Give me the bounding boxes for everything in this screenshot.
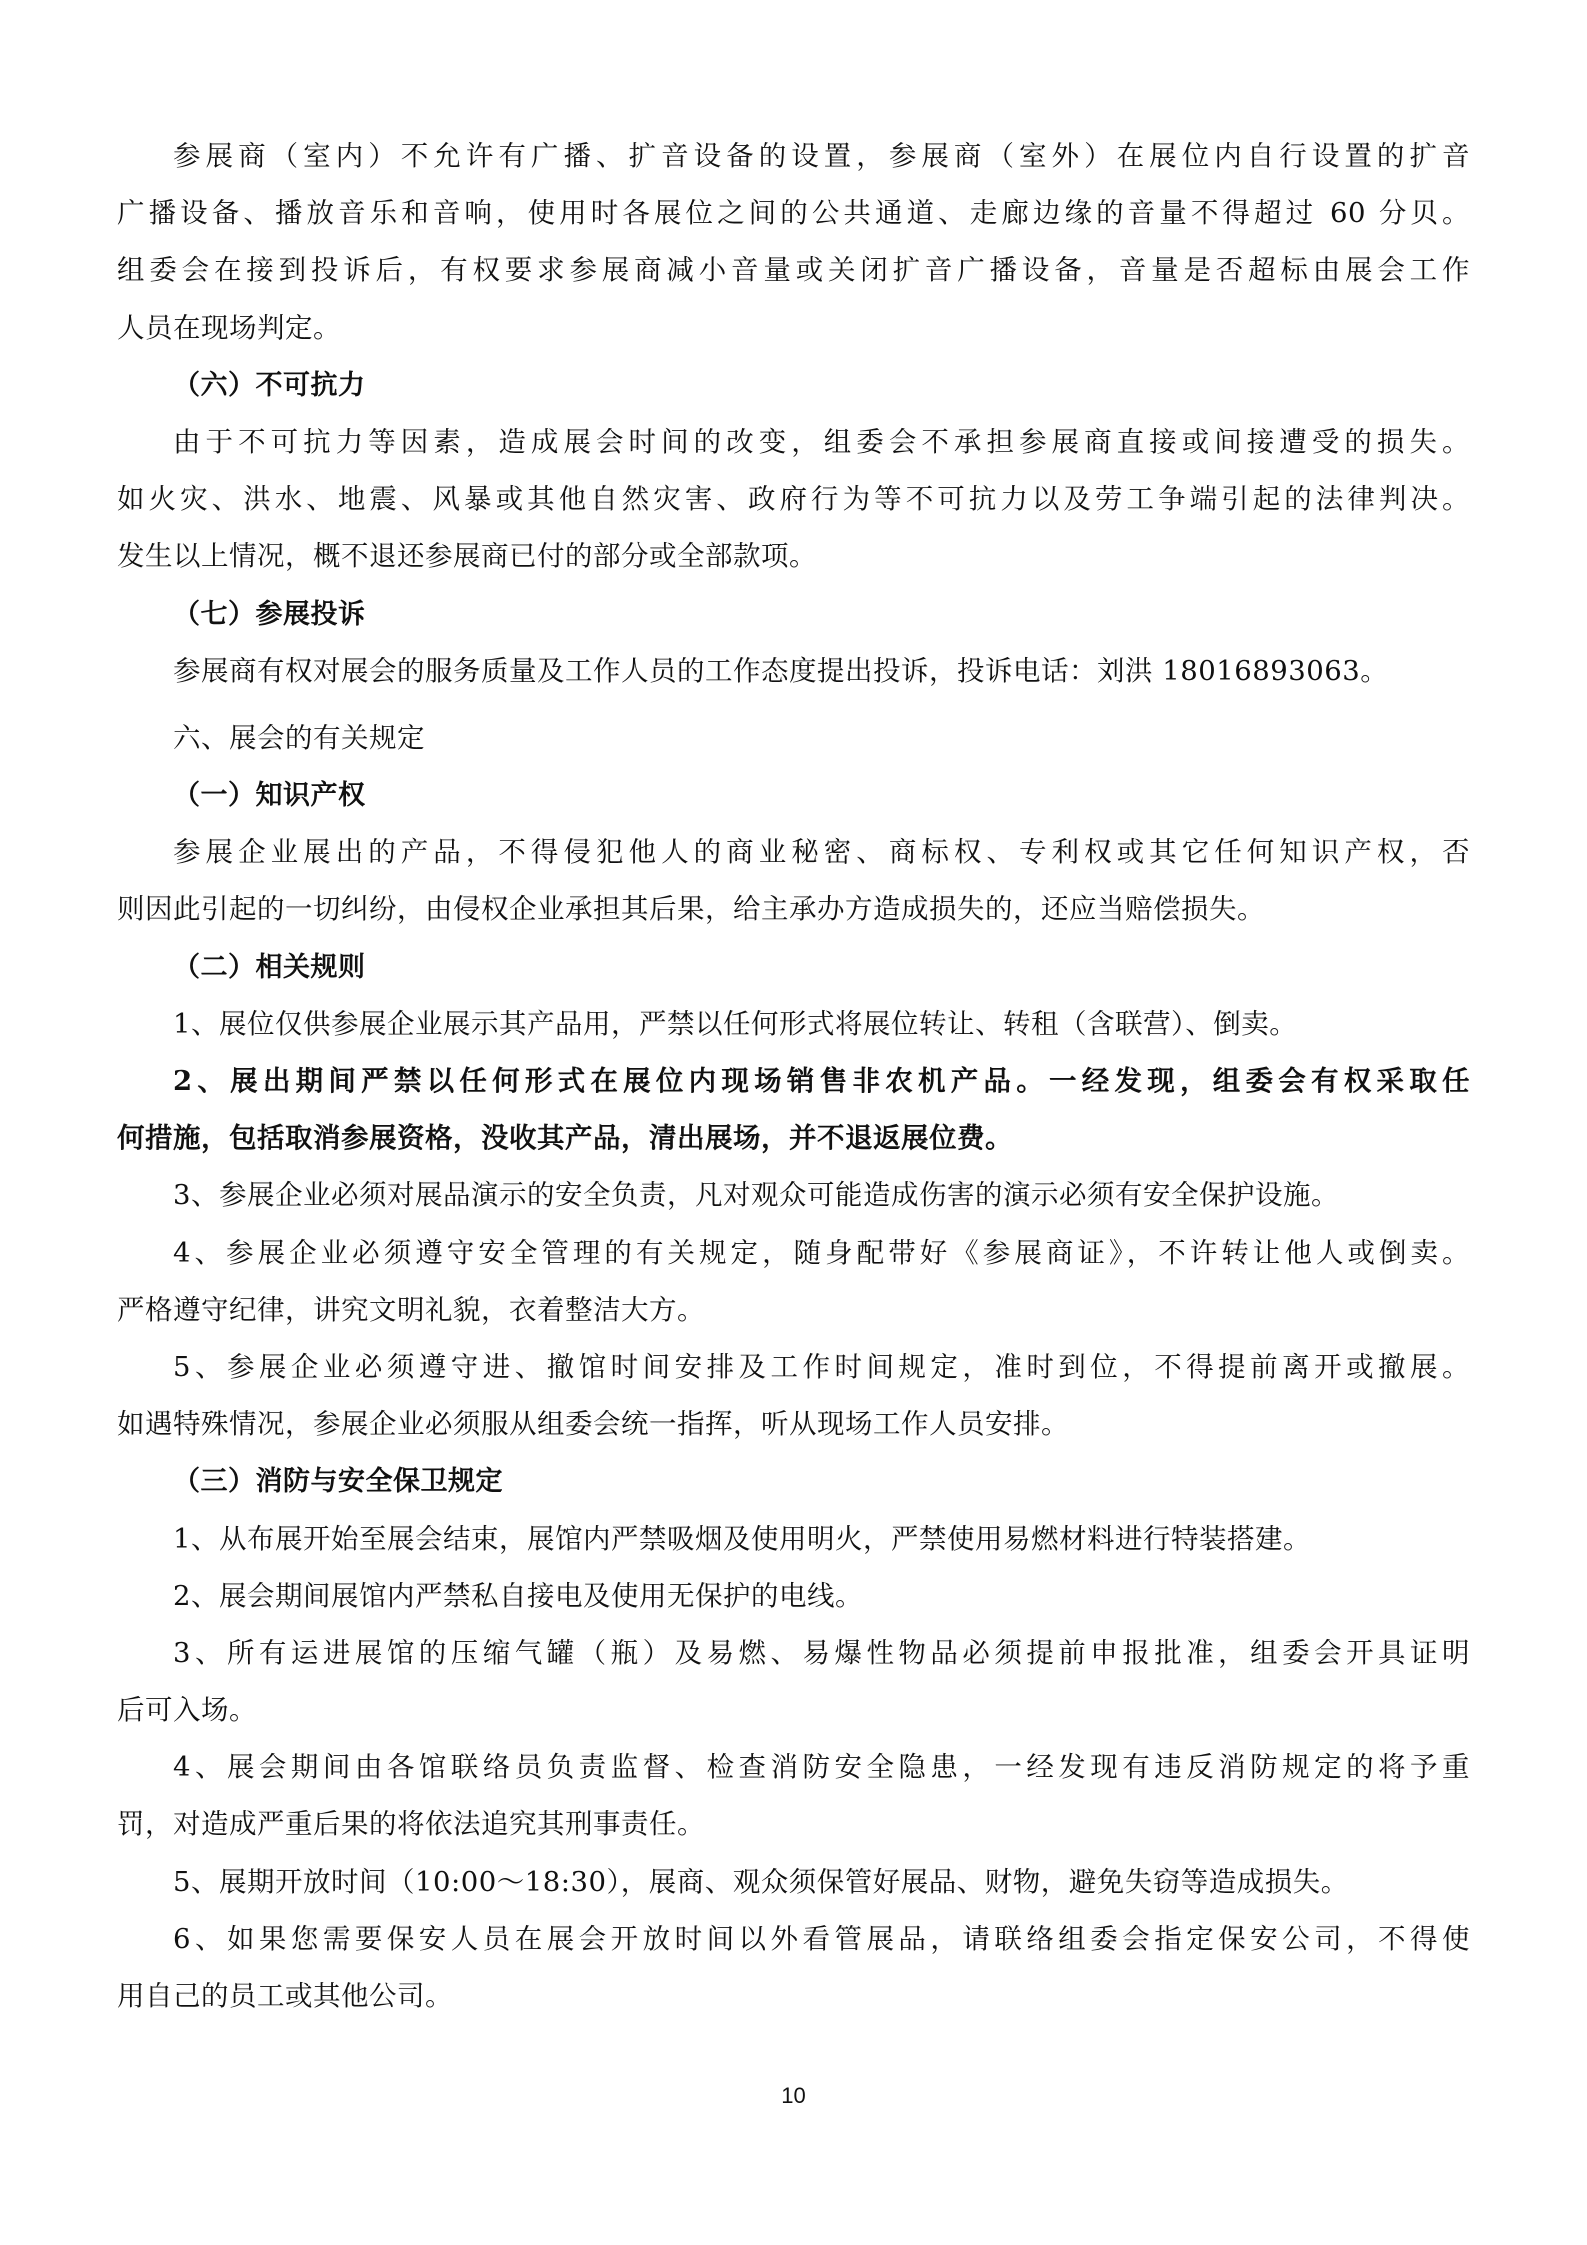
rule-item-5: 5、参展企业必须遵守进、撤馆时间安排及工作时间规定，准时到位，不得提前离开或撤展…: [117, 1339, 1470, 1453]
text-line: 1、展位仅供参展企业展示其产品用，严禁以任何形式将展位转让、转租（含联营）、倒卖…: [117, 996, 1470, 1053]
text-line: 则因此引起的一切纠纷，由侵权企业承担其后果，给主承办方造成损失的，还应当赔偿损失…: [117, 881, 1470, 938]
text-line: 参展商（室内）不允许有广播、扩音设备的设置，参展商（室外）在展位内自行设置的扩音: [117, 128, 1470, 185]
rule-item-3: 3、参展企业必须对展品演示的安全负责，凡对观众可能造成伤害的演示必须有安全保护设…: [117, 1167, 1470, 1224]
text-line: 罚，对造成严重后果的将依法追究其刑事责任。: [117, 1796, 1470, 1853]
text-line: 4、展会期间由各馆联络员负责监督、检查消防安全隐患，一经发现有违反消防规定的将予…: [117, 1739, 1470, 1796]
text-line: 2、展出期间严禁以任何形式在展位内现场销售非农机产品。一经发现，组委会有权采取任: [117, 1053, 1470, 1110]
paragraph-force-majeure: 由于不可抗力等因素，造成展会时间的改变，组委会不承担参展商直接或间接遭受的损失。…: [117, 414, 1470, 586]
text-line: 1、从布展开始至展会结束，展馆内严禁吸烟及使用明火，严禁使用易燃材料进行特装搭建…: [117, 1511, 1470, 1568]
safety-item-1: 1、从布展开始至展会结束，展馆内严禁吸烟及使用明火，严禁使用易燃材料进行特装搭建…: [117, 1511, 1470, 1568]
page-content: 参展商（室内）不允许有广播、扩音设备的设置，参展商（室外）在展位内自行设置的扩音…: [117, 128, 1470, 2025]
document-page: 参展商（室内）不允许有广播、扩音设备的设置，参展商（室外）在展位内自行设置的扩音…: [0, 0, 1587, 2245]
text-line: 用自己的员工或其他公司。: [117, 1968, 1470, 2025]
rule-item-2-bold: 2、展出期间严禁以任何形式在展位内现场销售非农机产品。一经发现，组委会有权采取任…: [117, 1053, 1470, 1167]
text-line: 3、所有运进展馆的压缩气罐（瓶）及易燃、易爆性物品必须提前申报批准，组委会开具证…: [117, 1625, 1470, 1682]
text-line: 5、参展企业必须遵守进、撤馆时间安排及工作时间规定，准时到位，不得提前离开或撤展…: [117, 1339, 1470, 1396]
text-line: 6、如果您需要保安人员在展会开放时间以外看管展品，请联络组委会指定保安公司，不得…: [117, 1911, 1470, 1968]
text-line: 2、展会期间展馆内严禁私自接电及使用无保护的电线。: [117, 1568, 1470, 1625]
text-line: 后可入场。: [117, 1682, 1470, 1739]
rule-item-1: 1、展位仅供参展企业展示其产品用，严禁以任何形式将展位转让、转租（含联营）、倒卖…: [117, 996, 1470, 1053]
text-line: 人员在现场判定。: [117, 300, 1470, 357]
paragraph-complaints: 参展商有权对展会的服务质量及工作人员的工作态度提出投诉，投诉电话：刘洪 1801…: [117, 643, 1470, 700]
text-line: 3、参展企业必须对展品演示的安全负责，凡对观众可能造成伤害的演示必须有安全保护设…: [117, 1167, 1470, 1224]
text-line: 发生以上情况，概不退还参展商已付的部分或全部款项。: [117, 528, 1470, 585]
paragraph-ip: 参展企业展出的产品，不得侵犯他人的商业秘密、商标权、专利权或其它任何知识产权，否…: [117, 824, 1470, 938]
text-line: 广播设备、播放音乐和音响，使用时各展位之间的公共通道、走廊边缘的音量不得超过 6…: [117, 185, 1470, 242]
rule-item-4: 4、参展企业必须遵守安全管理的有关规定，随身配带好《参展商证》，不许转让他人或倒…: [117, 1225, 1470, 1339]
text-line: 严格遵守纪律，讲究文明礼貌，衣着整洁大方。: [117, 1282, 1470, 1339]
safety-item-2: 2、展会期间展馆内严禁私自接电及使用无保护的电线。: [117, 1568, 1470, 1625]
text-line: 由于不可抗力等因素，造成展会时间的改变，组委会不承担参展商直接或间接遭受的损失。: [117, 414, 1470, 471]
section-heading-fire-safety: （三）消防与安全保卫规定: [117, 1453, 1470, 1510]
text-line: 何措施，包括取消参展资格，没收其产品，清出展场，并不退返展位费。: [117, 1110, 1470, 1167]
safety-item-3: 3、所有运进展馆的压缩气罐（瓶）及易燃、易爆性物品必须提前申报批准，组委会开具证…: [117, 1625, 1470, 1739]
safety-item-4: 4、展会期间由各馆联络员负责监督、检查消防安全隐患，一经发现有违反消防规定的将予…: [117, 1739, 1470, 1853]
text-line: 参展企业展出的产品，不得侵犯他人的商业秘密、商标权、专利权或其它任何知识产权，否: [117, 824, 1470, 881]
text-line: 参展商有权对展会的服务质量及工作人员的工作态度提出投诉，投诉电话：刘洪 1801…: [117, 643, 1470, 700]
chapter-heading-exhibition-rules: 六、展会的有关规定: [117, 710, 1470, 767]
section-heading-force-majeure: （六）不可抗力: [117, 357, 1470, 414]
text-line: 如遇特殊情况，参展企业必须服从组委会统一指挥，听从现场工作人员安排。: [117, 1396, 1470, 1453]
section-heading-complaints: （七）参展投诉: [117, 586, 1470, 643]
safety-item-6: 6、如果您需要保安人员在展会开放时间以外看管展品，请联络组委会指定保安公司，不得…: [117, 1911, 1470, 2025]
page-number: 10: [0, 2083, 1587, 2109]
text-line: 如火灾、洪水、地震、风暴或其他自然灾害、政府行为等不可抗力以及劳工争端引起的法律…: [117, 471, 1470, 528]
section-heading-related-rules: （二）相关规则: [117, 939, 1470, 996]
safety-item-5: 5、展期开放时间（10:00～18:30），展商、观众须保管好展品、财物，避免失…: [117, 1854, 1470, 1911]
section-heading-ip: （一）知识产权: [117, 767, 1470, 824]
text-line: 组委会在接到投诉后，有权要求参展商减小音量或关闭扩音广播设备，音量是否超标由展会…: [117, 242, 1470, 299]
text-line: 5、展期开放时间（10:00～18:30），展商、观众须保管好展品、财物，避免失…: [117, 1854, 1470, 1911]
text-line: 4、参展企业必须遵守安全管理的有关规定，随身配带好《参展商证》，不许转让他人或倒…: [117, 1225, 1470, 1282]
paragraph-audio-rules: 参展商（室内）不允许有广播、扩音设备的设置，参展商（室外）在展位内自行设置的扩音…: [117, 128, 1470, 357]
